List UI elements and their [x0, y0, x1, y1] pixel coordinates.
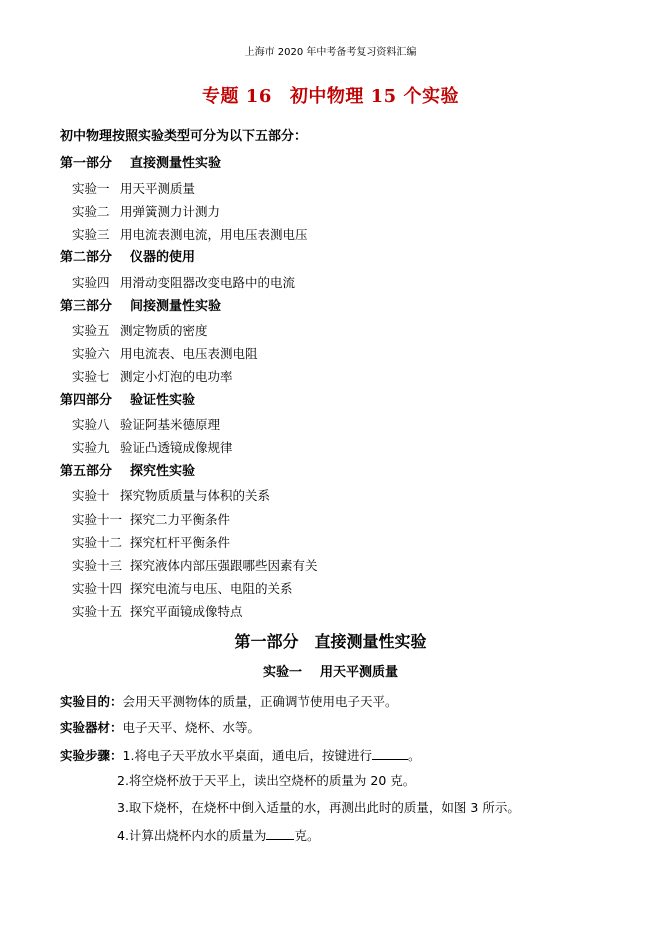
experiment-number: 实验五	[72, 322, 120, 340]
outline-item: 实验四用滑动变阻器改变电路中的电流	[72, 274, 295, 292]
step-1-end: 。	[408, 748, 421, 763]
outline-part-2: 第二部分仪器的使用	[60, 249, 195, 267]
experiment-name: 用天平测质量	[120, 181, 195, 196]
experiment-name: 用滑动变阻器改变电路中的电流	[120, 275, 295, 290]
experiment-number: 实验六	[72, 345, 120, 363]
experiment-name: 探究液体内部压强跟哪些因素有关	[130, 558, 318, 573]
step-1-text: 1.将电子天平放水平桌面，通电后，按键进行	[123, 748, 372, 763]
experiment-name: 探究电流与电压、电阻的关系	[130, 581, 293, 596]
experiment-number: 实验九	[72, 439, 120, 457]
part-name: 仪器的使用	[130, 250, 195, 265]
experiment-purpose: 实验目的：会用天平测物体的质量，正确调节使用电子天平。	[60, 693, 398, 711]
outline-item: 实验三用电流表测电流，用电压表测电压	[72, 226, 308, 244]
experiment-name: 测定小灯泡的电功率	[120, 369, 233, 384]
experiment-name: 验证阿基米德原理	[120, 417, 220, 432]
steps-label: 实验步骤：	[60, 748, 123, 763]
step-3: 3.取下烧杯，在烧杯中倒入适量的水，再测出此时的质量，如图 3 所示。	[117, 799, 520, 817]
experiment-heading-number: 实验一	[263, 665, 302, 680]
experiment-number: 实验十	[72, 487, 120, 505]
step-4-end: 克。	[294, 828, 319, 843]
section-number: 第一部分	[234, 632, 298, 651]
outline-item: 实验九验证凸透镜成像规律	[72, 439, 233, 457]
experiment-name: 验证凸透镜成像规律	[120, 440, 233, 455]
experiment-name: 探究物质质量与体积的关系	[120, 488, 270, 503]
experiment-name: 用电流表、电压表测电阻	[120, 346, 258, 361]
section-heading: 第一部分直接测量性实验	[0, 631, 661, 653]
outline-item: 实验十四探究电流与电压、电阻的关系	[72, 580, 293, 598]
outline-intro: 初中物理按照实验类型可分为以下五部分：	[60, 128, 307, 146]
document-title: 专题 16初中物理 15 个实验	[0, 84, 661, 110]
outline-item: 实验十二探究杠杆平衡条件	[72, 534, 230, 552]
experiment-name: 探究杠杆平衡条件	[130, 535, 230, 550]
part-number: 第三部分	[60, 298, 130, 316]
experiment-name: 测定物质的密度	[120, 323, 208, 338]
outline-item: 实验二用弹簧测力计测力	[72, 203, 220, 221]
title-topic-name: 初中物理 15 个实验	[290, 86, 459, 107]
experiment-number: 实验一	[72, 180, 120, 198]
materials-label: 实验器材：	[60, 720, 123, 735]
document-page: 上海市 2020 年中考备考复习资料汇编 专题 16初中物理 15 个实验 初中…	[0, 0, 661, 935]
outline-item: 实验五测定物质的密度	[72, 322, 208, 340]
part-name: 间接测量性实验	[130, 299, 221, 314]
part-name: 探究性实验	[130, 464, 195, 479]
part-name: 验证性实验	[130, 393, 195, 408]
outline-item: 实验六用电流表、电压表测电阻	[72, 345, 258, 363]
fill-in-blank	[266, 826, 294, 840]
outline-item: 实验十一探究二力平衡条件	[72, 511, 230, 529]
page-header: 上海市 2020 年中考备考复习资料汇编	[0, 46, 661, 60]
experiment-number: 实验八	[72, 416, 120, 434]
outline-item: 实验十五探究平面镜成像特点	[72, 603, 243, 621]
step-4: 4.计算出烧杯内水的质量为克。	[117, 826, 319, 845]
experiment-number: 实验十一	[72, 511, 130, 529]
part-name: 直接测量性实验	[130, 156, 221, 171]
experiment-steps: 实验步骤：1.将电子天平放水平桌面，通电后，按键进行。	[60, 746, 420, 765]
experiment-name: 探究平面镜成像特点	[130, 604, 243, 619]
step-4-text: 4.计算出烧杯内水的质量为	[117, 828, 266, 843]
experiment-name: 用弹簧测力计测力	[120, 204, 220, 219]
step-2: 2.将空烧杯放于天平上，读出空烧杯的质量为 20 克。	[117, 772, 415, 790]
outline-item: 实验八验证阿基米德原理	[72, 416, 220, 434]
materials-text: 电子天平、烧杯、水等。	[123, 720, 261, 735]
outline-item: 实验十探究物质质量与体积的关系	[72, 487, 270, 505]
outline-part-3: 第三部分间接测量性实验	[60, 298, 221, 316]
part-number: 第二部分	[60, 249, 130, 267]
outline-item: 实验一用天平测质量	[72, 180, 195, 198]
outline-part-4: 第四部分验证性实验	[60, 392, 195, 410]
experiment-number: 实验二	[72, 203, 120, 221]
experiment-number: 实验四	[72, 274, 120, 292]
purpose-text: 会用天平测物体的质量，正确调节使用电子天平。	[123, 694, 398, 709]
part-number: 第五部分	[60, 463, 130, 481]
section-name: 直接测量性实验	[315, 632, 427, 651]
outline-item: 实验十三探究液体内部压强跟哪些因素有关	[72, 557, 318, 575]
experiment-number: 实验十五	[72, 603, 130, 621]
title-topic-number: 专题 16	[202, 86, 272, 107]
experiment-materials: 实验器材：电子天平、烧杯、水等。	[60, 719, 260, 737]
experiment-number: 实验七	[72, 368, 120, 386]
part-number: 第四部分	[60, 392, 130, 410]
experiment-number: 实验十三	[72, 557, 130, 575]
experiment-number: 实验三	[72, 226, 120, 244]
experiment-number: 实验十二	[72, 534, 130, 552]
fill-in-blank	[372, 746, 408, 760]
experiment-name: 用电流表测电流，用电压表测电压	[120, 227, 308, 242]
experiment-heading: 实验一用天平测质量	[0, 664, 661, 682]
purpose-label: 实验目的：	[60, 694, 123, 709]
experiment-name: 探究二力平衡条件	[130, 512, 230, 527]
outline-item: 实验七测定小灯泡的电功率	[72, 368, 233, 386]
experiment-number: 实验十四	[72, 580, 130, 598]
experiment-heading-name: 用天平测质量	[320, 665, 398, 680]
outline-part-1: 第一部分直接测量性实验	[60, 155, 221, 173]
part-number: 第一部分	[60, 155, 130, 173]
outline-part-5: 第五部分探究性实验	[60, 463, 195, 481]
